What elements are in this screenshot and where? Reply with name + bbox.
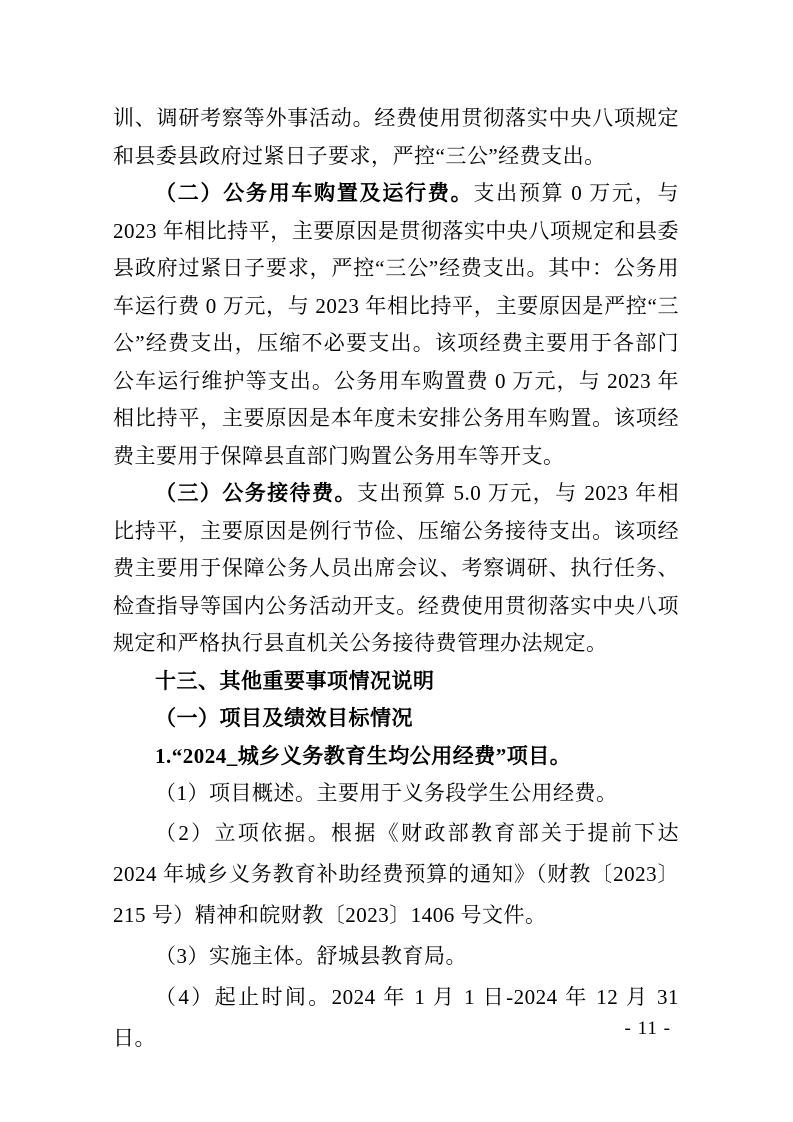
section-heading-thirteen: 十三、其他重要事项情况说明	[113, 663, 679, 701]
paragraph-project-overview: （1）项目概述。主要用于义务段学生公用经费。	[113, 775, 679, 813]
paragraph-continued: 训、调研考察等外事活动。经费使用贯彻落实中央八项规定和县委县政府过紧日子要求，严…	[113, 100, 679, 175]
paragraph-reception-expense: （三）公务接待费。支出预算 5.0 万元，与 2023 年相比持平，主要原因是例…	[113, 475, 679, 663]
document-body: 训、调研考察等外事活动。经费使用贯彻落实中央八项规定和县委县政府过紧日子要求，严…	[113, 100, 679, 1059]
page-number: - 11 -	[625, 1016, 671, 1042]
subsection-heading-projects: （一）项目及绩效目标情况	[113, 700, 679, 738]
paragraph-project-basis: （2）立项依据。根据《财政部教育部关于提前下达 2024 年城乡义务教育补助经费…	[113, 813, 679, 936]
paragraph-text: 支出预算 0 万元，与 2023 年相比持平，主要原因是贯彻落实中央八项规定和县…	[113, 181, 679, 468]
paragraph-bold-lead: （三）公务接待费。	[155, 482, 357, 505]
paragraph-project-timespan: （4）起止时间。2024 年 1 月 1 日-2024 年 12 月 31 日。	[113, 977, 679, 1059]
paragraph-project-entity: （3）实施主体。舒城县教育局。	[113, 936, 679, 977]
paragraph-text: 支出预算 5.0 万元，与 2023 年相比持平，主要原因是例行节俭、压缩公务接…	[113, 481, 679, 655]
document-page: 训、调研考察等外事活动。经费使用贯彻落实中央八项规定和县委县政府过紧日子要求，严…	[0, 0, 793, 1122]
paragraph-bold-lead: （二）公务用车购置及运行费。	[155, 182, 473, 205]
paragraph-vehicle-expense: （二）公务用车购置及运行费。支出预算 0 万元，与 2023 年相比持平，主要原…	[113, 175, 679, 475]
project-title-heading: 1.“2024_城乡义务教育生均公用经费”项目。	[113, 738, 679, 776]
